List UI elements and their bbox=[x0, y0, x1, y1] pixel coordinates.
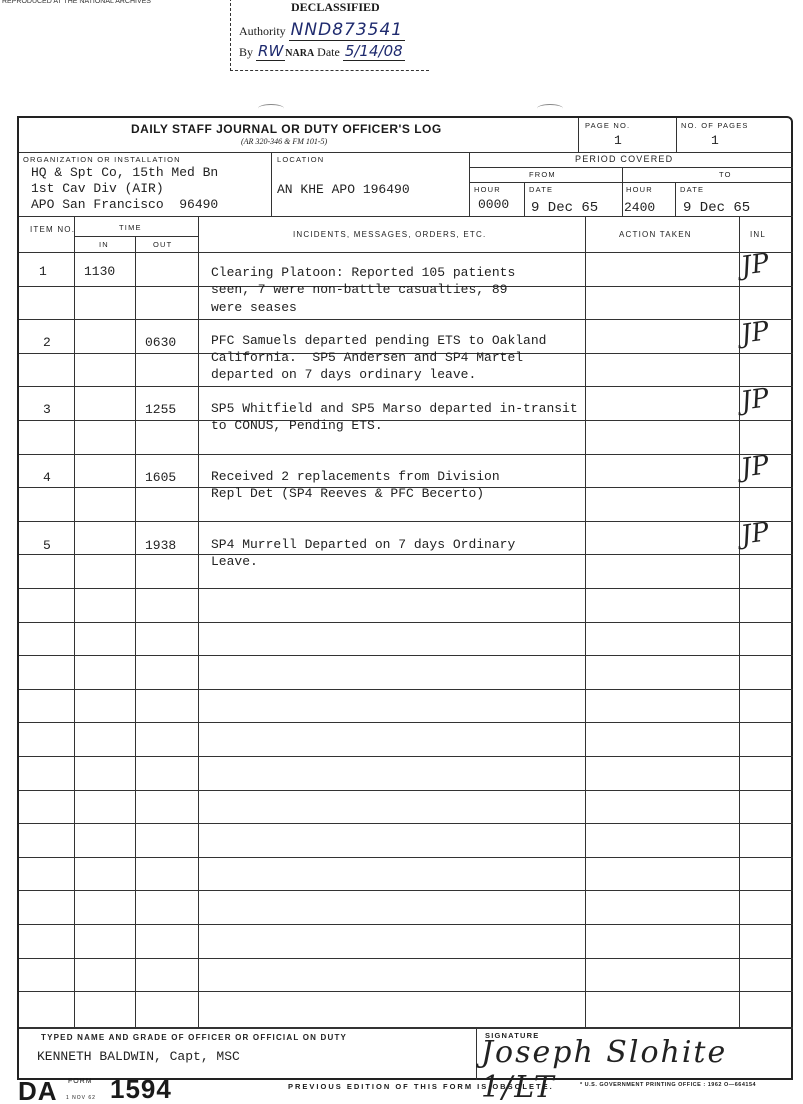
form-prefix: DA bbox=[18, 1076, 58, 1104]
inl-header: INL bbox=[750, 230, 766, 239]
organization-line: APO San Francisco 96490 bbox=[31, 197, 218, 212]
time-out: 1605 bbox=[145, 470, 176, 485]
item-no-header: ITEM NO. bbox=[30, 225, 75, 234]
date-label: Date bbox=[317, 45, 340, 59]
table-row-line bbox=[19, 554, 793, 555]
nara-label: NARA bbox=[285, 48, 314, 59]
entry-text-line: California. SP5 Andersen and SP4 Martel bbox=[211, 350, 523, 365]
archive-header: REPRODUCED AT THE NATIONAL ARCHIVES bbox=[2, 0, 151, 5]
entry-text-line: Repl Det (SP4 Reeves & PFC Becerto) bbox=[211, 486, 484, 501]
previous-edition-note: PREVIOUS EDITION OF THIS FORM IS OBSOLET… bbox=[288, 1082, 554, 1091]
table-row-line bbox=[19, 655, 793, 656]
punch-hole-mark bbox=[537, 104, 563, 113]
to-label: TO bbox=[719, 170, 732, 179]
period-covered-label: PERIOD COVERED bbox=[575, 154, 673, 164]
entry-text-line: seen, 7 were non-battle casualties, 89 bbox=[211, 282, 507, 297]
incidents-header: INCIDENTS, MESSAGES, ORDERS, ETC. bbox=[293, 230, 486, 239]
entry-text-line: SP5 Whitfield and SP5 Marso departed in-… bbox=[211, 401, 578, 416]
entry-text-line: departed on 7 days ordinary leave. bbox=[211, 367, 476, 382]
table-row-line bbox=[19, 790, 793, 791]
entry-text-line: Received 2 replacements from Division bbox=[211, 469, 500, 484]
organization-line: 1st Cav Div (AIR) bbox=[31, 181, 164, 196]
time-out: 0630 bbox=[145, 335, 176, 350]
table-row-line bbox=[19, 454, 793, 455]
entry-text-line: Leave. bbox=[211, 554, 258, 569]
organization-label: ORGANIZATION OR INSTALLATION bbox=[23, 155, 181, 164]
officer-name: KENNETH BALDWIN, Capt, MSC bbox=[37, 1049, 240, 1064]
authority-label: Authority bbox=[239, 24, 286, 38]
time-header: TIME bbox=[119, 223, 142, 232]
table-row-line bbox=[19, 857, 793, 858]
stamp-authority: Authority NND873541 bbox=[239, 20, 405, 40]
initials-mark: JP bbox=[739, 450, 771, 484]
table-row-line bbox=[19, 420, 793, 421]
from-date-value: 9 Dec 65 bbox=[531, 200, 598, 216]
item-number: 3 bbox=[43, 402, 51, 417]
action-taken-header: ACTION TAKEN bbox=[619, 230, 692, 239]
item-number: 2 bbox=[43, 335, 51, 350]
item-number: 4 bbox=[43, 470, 51, 485]
printing-office-note: * U.S. GOVERNMENT PRINTING OFFICE : 1962… bbox=[580, 1082, 756, 1088]
entry-text-line: to CONUS, Pending ETS. bbox=[211, 418, 383, 433]
table-row-line bbox=[19, 722, 793, 723]
by-label: By bbox=[239, 45, 253, 59]
table-row-line bbox=[19, 756, 793, 757]
form-number: 1594 bbox=[110, 1074, 172, 1104]
initials-mark: JP bbox=[739, 316, 771, 350]
entry-text-line: SP4 Murrell Departed on 7 days Ordinary bbox=[211, 537, 515, 552]
table-row-line bbox=[19, 991, 793, 992]
table-row-line bbox=[19, 689, 793, 690]
table-row-line bbox=[19, 622, 793, 623]
from-hour-value: 0000 bbox=[478, 197, 509, 212]
page-no-label: PAGE NO. bbox=[585, 121, 630, 130]
date-value: 5/14/08 bbox=[343, 42, 405, 61]
form-title: DAILY STAFF JOURNAL OR DUTY OFFICER'S LO… bbox=[131, 122, 442, 136]
to-date-value: 9 Dec 65 bbox=[683, 200, 750, 216]
table-row-line bbox=[19, 319, 793, 320]
to-hour-label: HOUR bbox=[626, 185, 653, 194]
page-no-value: 1 bbox=[614, 133, 622, 148]
duty-log-form: DAILY STAFF JOURNAL OR DUTY OFFICER'S LO… bbox=[17, 116, 793, 1080]
officer-label: TYPED NAME AND GRADE OF OFFICER OR OFFIC… bbox=[41, 1033, 347, 1042]
stamp-by: By RWNARA Date 5/14/08 bbox=[239, 42, 405, 60]
table-row-line bbox=[19, 924, 793, 925]
time-out: 1255 bbox=[145, 402, 176, 417]
stamp-title: DECLASSIFIED bbox=[291, 0, 380, 15]
item-number: 1 bbox=[39, 264, 47, 279]
location-label: LOCATION bbox=[277, 155, 324, 164]
no-of-pages-value: 1 bbox=[711, 133, 719, 148]
entry-text-line: PFC Samuels departed pending ETS to Oakl… bbox=[211, 333, 546, 348]
from-hour-label: HOUR bbox=[474, 185, 501, 194]
location-value: AN KHE APO 196490 bbox=[277, 182, 410, 197]
table-row-line bbox=[19, 588, 793, 589]
authority-value: NND873541 bbox=[289, 20, 405, 41]
initials-mark: JP bbox=[739, 517, 771, 551]
time-out: 1938 bbox=[145, 538, 176, 553]
declassification-stamp: DECLASSIFIED Authority NND873541 By RWNA… bbox=[230, 0, 429, 71]
no-of-pages-label: NO. OF PAGES bbox=[681, 121, 749, 130]
table-row-line bbox=[19, 890, 793, 891]
signature: Joseph Slohite 1/LT bbox=[481, 1035, 791, 1104]
form-word: FORM bbox=[68, 1078, 93, 1085]
initials-mark: JP bbox=[739, 248, 771, 282]
table-row-line bbox=[19, 521, 793, 522]
time-in-header: IN bbox=[99, 240, 109, 249]
table-row-line bbox=[19, 386, 793, 387]
to-hour-value: 2400 bbox=[624, 200, 655, 215]
form-date: 1 NOV 62 bbox=[66, 1095, 96, 1101]
time-out-header: OUT bbox=[153, 240, 172, 249]
table-row-line bbox=[19, 958, 793, 959]
organization-line: HQ & Spt Co, 15th Med Bn bbox=[31, 165, 218, 180]
from-label: FROM bbox=[529, 170, 556, 179]
by-value: RW bbox=[256, 42, 285, 61]
entry-text-line: Clearing Platoon: Reported 105 patients bbox=[211, 265, 515, 280]
initials-mark: JP bbox=[739, 383, 771, 417]
punch-hole-mark bbox=[258, 104, 284, 113]
to-date-label: DATE bbox=[680, 185, 704, 194]
form-subtitle: (AR 320-346 & FM 101-5) bbox=[241, 137, 327, 146]
entry-text-line: were seases bbox=[211, 300, 297, 315]
item-number: 5 bbox=[43, 538, 51, 553]
from-date-label: DATE bbox=[529, 185, 553, 194]
table-row-line bbox=[19, 823, 793, 824]
time-in: 1130 bbox=[84, 264, 115, 279]
